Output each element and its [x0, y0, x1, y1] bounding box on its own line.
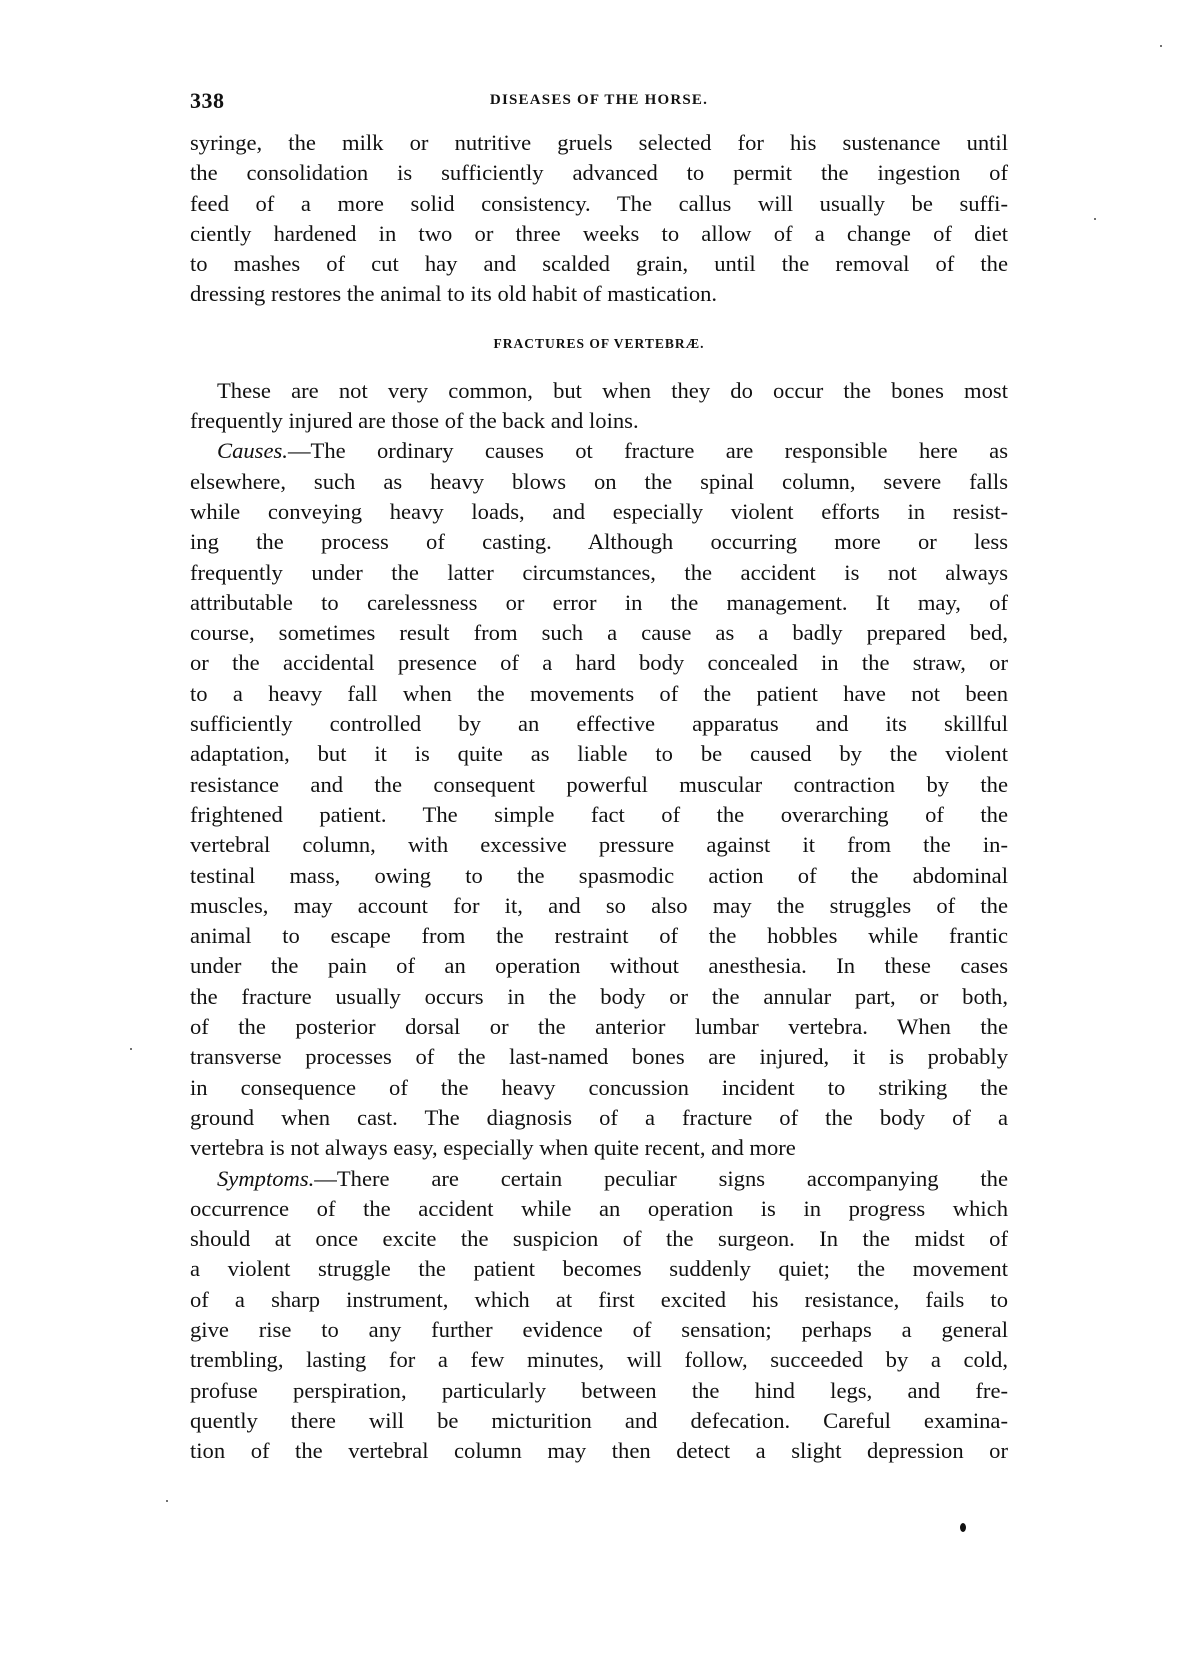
text-line: resistance and the consequent powerful m…	[190, 770, 1008, 800]
text-line: to a heavy fall when the movements of th…	[190, 679, 1008, 709]
text-line: in consequence of the heavy concussion i…	[190, 1073, 1008, 1103]
text-line: ing the process of casting. Although occ…	[190, 527, 1008, 557]
causes-paragraph: Causes.—The ordinary causes ot fracture …	[190, 436, 1008, 1163]
section-heading: FRACTURES OF VERTEBRÆ.	[190, 336, 1008, 354]
text-line: while conveying heavy loads, and especia…	[190, 497, 1008, 527]
text-line: under the pain of an operation without a…	[190, 951, 1008, 981]
text-line: feed of a more solid consistency. The ca…	[190, 189, 1008, 219]
text-line: the fracture usually occurs in the body …	[190, 982, 1008, 1012]
causes-label: Causes.	[217, 438, 288, 463]
text-line: adaptation, but it is quite as liable to…	[190, 739, 1008, 769]
text-line: elsewhere, such as heavy blows on the sp…	[190, 467, 1008, 497]
text-line: course, sometimes result from such a cau…	[190, 618, 1008, 648]
text-line: or the accidental presence of a hard bod…	[190, 648, 1008, 678]
running-title: DISEASES OF THE HORSE.	[190, 92, 1008, 109]
text-line: of a sharp instrument, which at first ex…	[190, 1285, 1008, 1315]
symptoms-paragraph: Symptoms.—There are certain peculiar sig…	[190, 1164, 1008, 1467]
text-line: These are not very common, but when they…	[190, 376, 1008, 406]
text-line: dressing restores the animal to its old …	[190, 279, 1008, 309]
scan-speck	[166, 1500, 168, 1502]
scan-speck	[1160, 45, 1162, 47]
text-line: the consolidation is sufficiently advanc…	[190, 158, 1008, 188]
book-page: 338 DISEASES OF THE HORSE. syringe, the …	[190, 88, 1008, 1466]
text-line: profuse perspiration, particularly betwe…	[190, 1376, 1008, 1406]
ink-blot	[960, 1523, 966, 1532]
text-line: to mashes of cut hay and scalded grain, …	[190, 249, 1008, 279]
text-line: of the posterior dorsal or the anterior …	[190, 1012, 1008, 1042]
text-line: attributable to carelessness or error in…	[190, 588, 1008, 618]
text-line: testinal mass, owing to the spasmodic ac…	[190, 861, 1008, 891]
text-line: Symptoms.—There are certain peculiar sig…	[190, 1164, 1008, 1194]
text-line: should at once excite the suspicion of t…	[190, 1224, 1008, 1254]
running-head: 338 DISEASES OF THE HORSE.	[190, 88, 1008, 128]
scan-speck	[1094, 218, 1096, 220]
text-line: quently there will be micturition and de…	[190, 1406, 1008, 1436]
text-line: sufficiently controlled by an effective …	[190, 709, 1008, 739]
text-line: frequently injured are those of the back…	[190, 406, 1008, 436]
text-line: Causes.—The ordinary causes ot fracture …	[190, 436, 1008, 466]
text-line: transverse processes of the last-named b…	[190, 1042, 1008, 1072]
continuation-paragraph: syringe, the milk or nutritive gruels se…	[190, 128, 1008, 310]
text-line: occurrence of the accident while an oper…	[190, 1194, 1008, 1224]
symptoms-label: Symptoms.	[217, 1166, 314, 1191]
text-run: —The ordinary causes ot fracture are res…	[288, 438, 1008, 463]
text-line: give rise to any further evidence of sen…	[190, 1315, 1008, 1345]
scan-speck	[130, 1048, 132, 1050]
text-run: —There are certain peculiar signs accomp…	[314, 1166, 1008, 1191]
text-line: syringe, the milk or nutritive gruels se…	[190, 128, 1008, 158]
text-line: muscles, may account for it, and so also…	[190, 891, 1008, 921]
text-line: vertebral column, with excessive pressur…	[190, 830, 1008, 860]
text-line: trembling, lasting for a few minutes, wi…	[190, 1345, 1008, 1375]
text-line: a violent struggle the patient becomes s…	[190, 1254, 1008, 1284]
text-line: ciently hardened in two or three weeks t…	[190, 219, 1008, 249]
intro-paragraph: These are not very common, but when they…	[190, 376, 1008, 437]
text-line: frequently under the latter circumstance…	[190, 558, 1008, 588]
text-line: frightened patient. The simple fact of t…	[190, 800, 1008, 830]
text-line: ground when cast. The diagnosis of a fra…	[190, 1103, 1008, 1133]
text-line: tion of the vertebral column may then de…	[190, 1436, 1008, 1466]
text-line: animal to escape from the restraint of t…	[190, 921, 1008, 951]
text-line: vertebra is not always easy, especially …	[190, 1133, 1008, 1163]
